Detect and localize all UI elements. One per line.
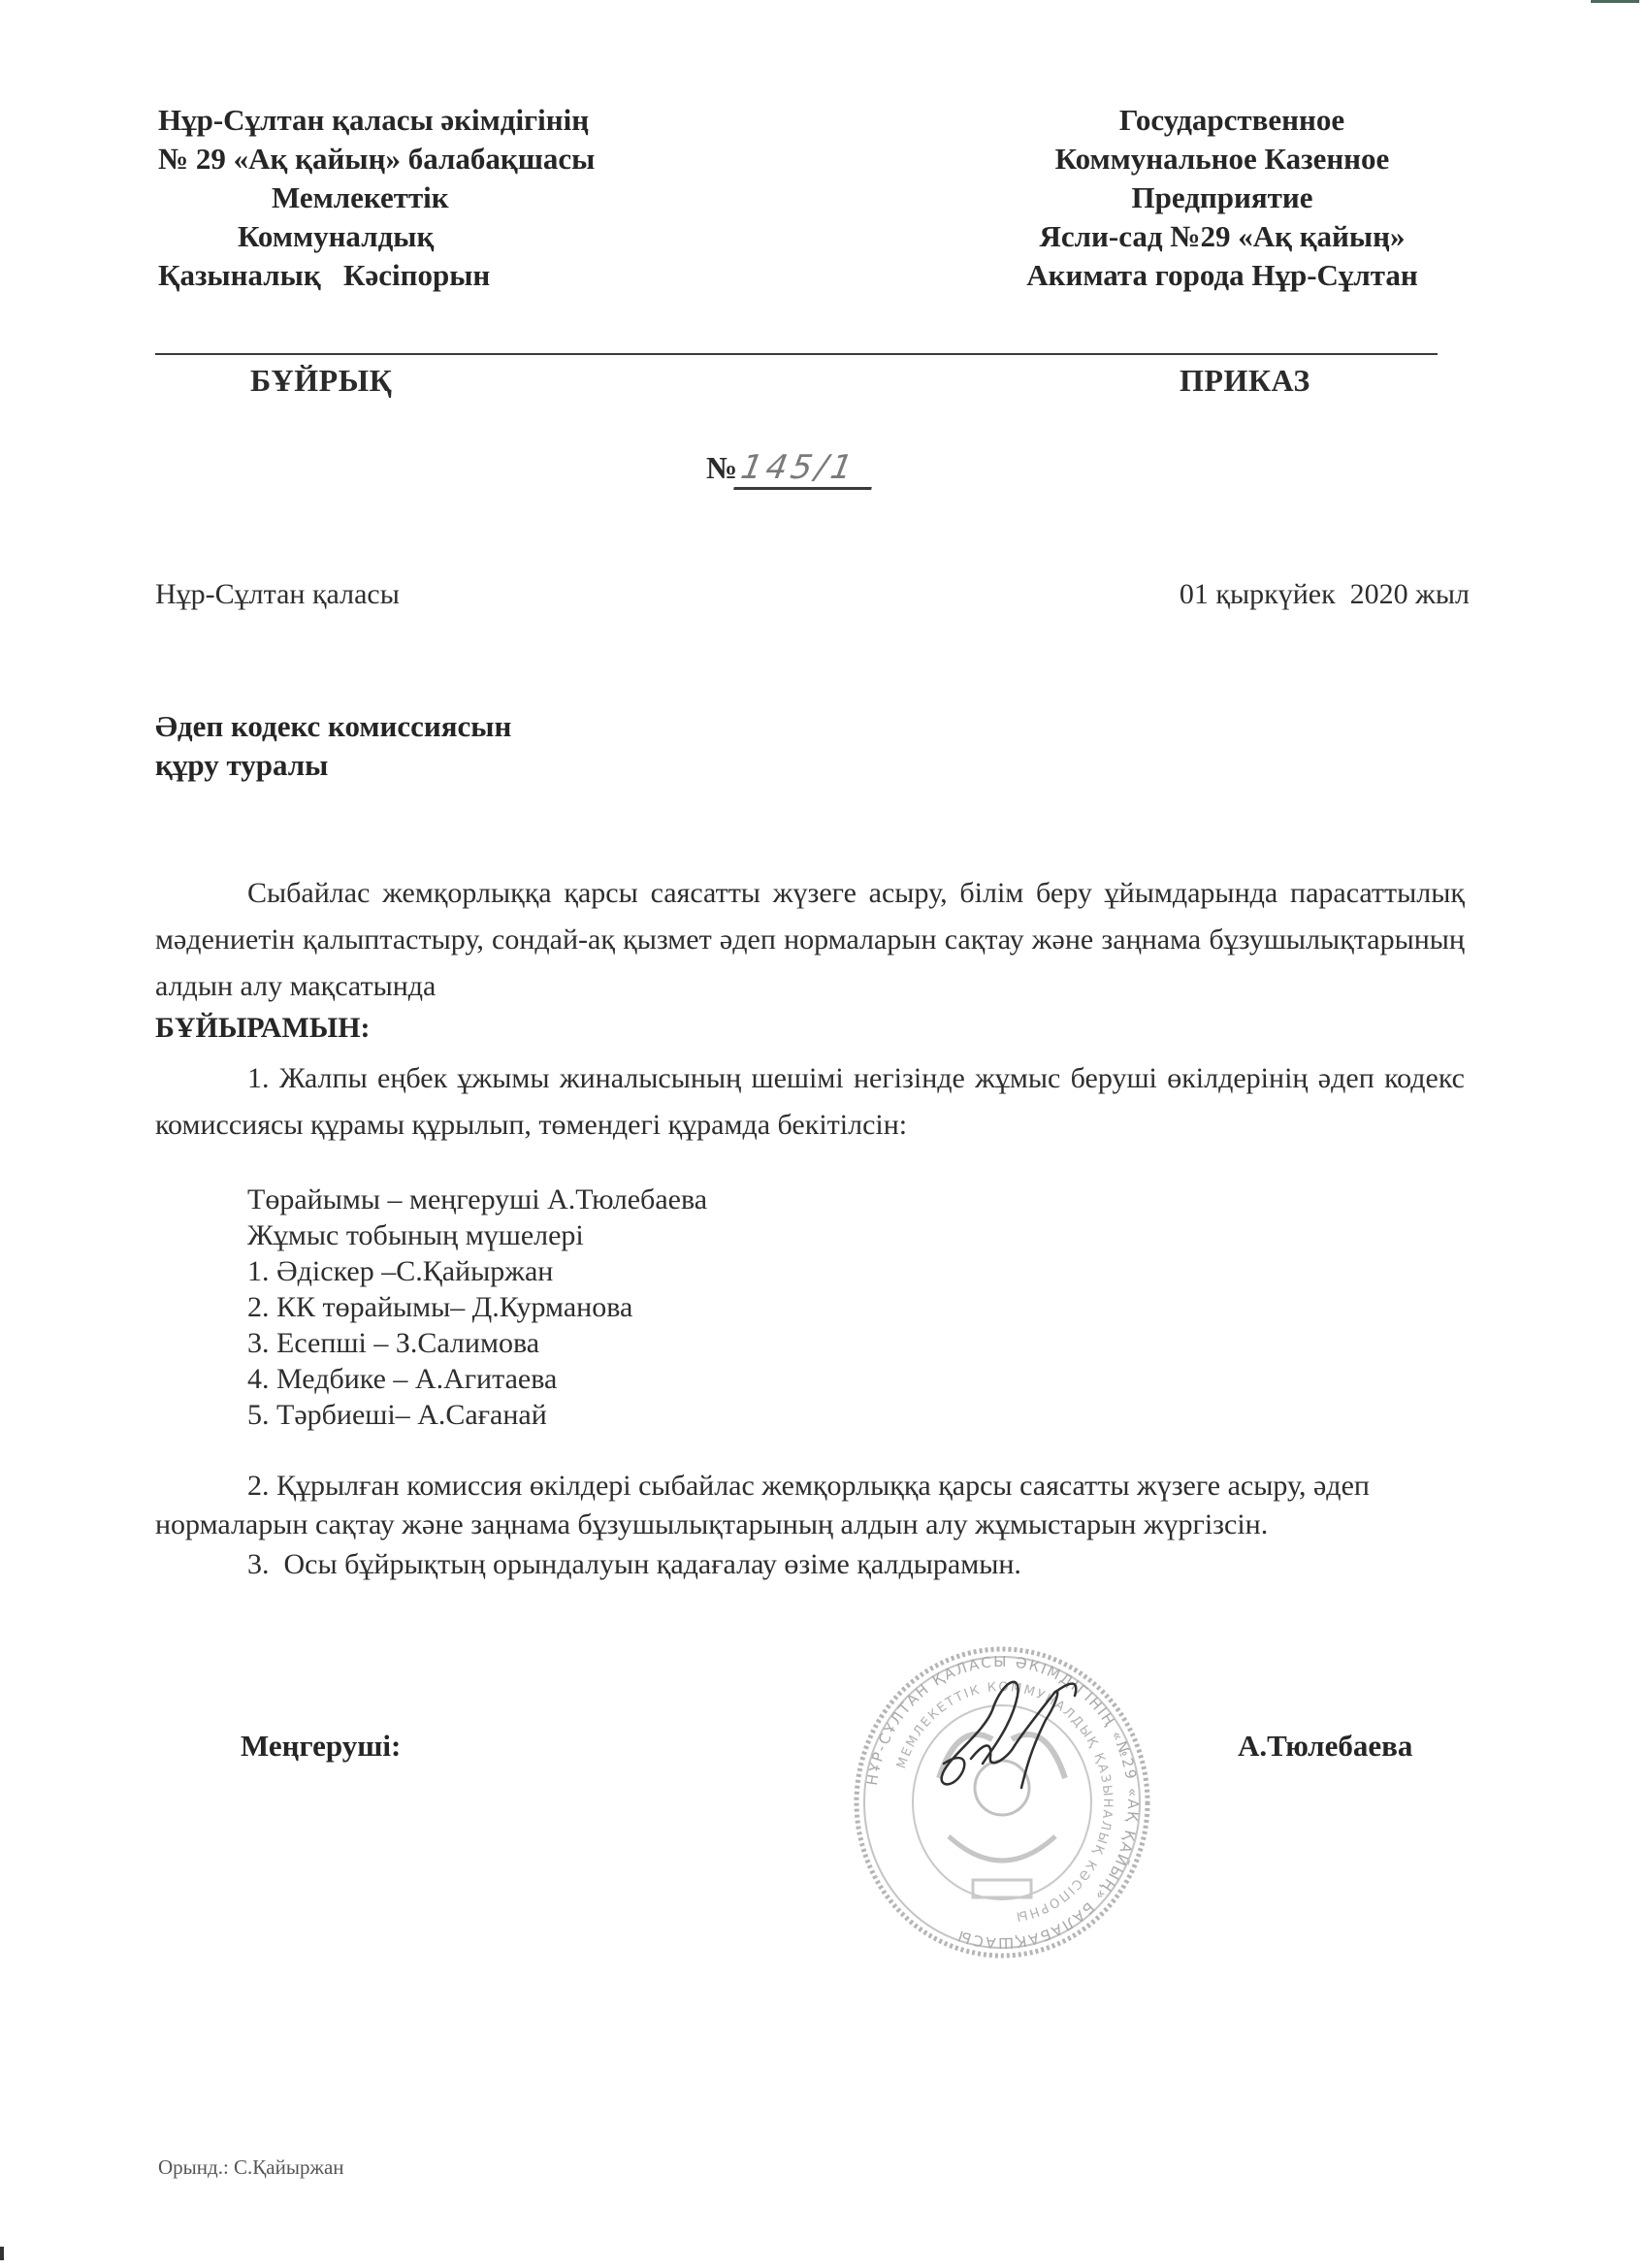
member-item: 1. Әдіскер –С.Қайыржан: [247, 1253, 707, 1289]
signatory-name: А.Тюлебаева: [1238, 1729, 1412, 1764]
letterhead-kz-line: Нұр-Сұлтан қаласы әкімдігінің: [158, 101, 595, 140]
commission-list: Төрайымы – меңгеруші А.Тюлебаева Жұмыс т…: [247, 1182, 707, 1433]
members-title: Жұмыс тобының мүшелері: [247, 1217, 707, 1253]
order-number: №145/1: [706, 448, 875, 490]
document-title-kz: БҰЙРЫҚ: [250, 363, 392, 399]
item-1: 1. Жалпы еңбек ұжымы жиналысының шешімі …: [155, 1055, 1465, 1149]
svg-text:МЕМЛЕКЕТТІК КОММУНАЛДЫҚ ҚАЗЫНА: МЕМЛЕКЕТТІК КОММУНАЛДЫҚ ҚАЗЫНАЛЫҚ КӘСІПО…: [894, 1680, 1115, 1924]
letterhead-ru-line: Акимата города Нұр-Сұлтан: [970, 256, 1474, 295]
item-1-text: 1. Жалпы еңбек ұжымы жиналысының шешімі …: [155, 1055, 1465, 1149]
letterhead-ru-line: Государственное: [970, 101, 1474, 140]
number-sign: №: [706, 450, 737, 485]
letterhead-divider: [155, 353, 1438, 355]
subject-line: құру туралы: [155, 746, 511, 785]
letterhead-ru-line: Предприятие: [970, 178, 1474, 217]
letterhead-kz-line: № 29 «Ақ қайың» балабақшасы: [158, 140, 595, 178]
item-2-text: 2. Құрылған комиссия өкілдері сыбайлас ж…: [155, 1467, 1465, 1544]
letterhead-ru: Государственное Коммунальное Казенное Пр…: [970, 101, 1474, 295]
scan-edge-mark: [0, 2247, 4, 2260]
member-item: 2. КК төрайымы– Д.Курманова: [247, 1289, 707, 1325]
stamp-seal-icon: НҰР-СҰЛТАН ҚАЛАСЫ ӘКІМДІГІНІҢ «№29 «АҚ Қ…: [847, 1642, 1157, 1962]
document-title-ru: ПРИКАЗ: [1180, 363, 1310, 399]
letterhead-kz: Нұр-Сұлтан қаласы әкімдігінің № 29 «Ақ қ…: [158, 101, 595, 295]
item-3-text: 3. Осы бұйрықтың орындалуын қадағалау өз…: [155, 1546, 1465, 1582]
letterhead-kz-line: Қазыналық Кәсіпорын: [158, 256, 595, 295]
member-item: 3. Есепші – З.Салимова: [247, 1325, 707, 1361]
city: Нұр-Сұлтан қаласы: [155, 578, 400, 611]
scan-corner-mark: [1591, 0, 1639, 3]
items-2-3: 2. Құрылған комиссия өкілдері сыбайлас ж…: [155, 1467, 1465, 1582]
executor-note: Орынд.: С.Қайыржан: [158, 2155, 344, 2180]
preamble: Сыбайлас жемқорлыққа қарсы саясатты жүзе…: [155, 870, 1465, 1047]
member-item: 4. Медбике – А.Агитаева: [247, 1361, 707, 1397]
letterhead-kz-line: Коммуналдық: [158, 217, 595, 256]
official-stamp: НҰР-СҰЛТАН ҚАЛАСЫ ӘКІМДІГІНІҢ «№29 «АҚ Қ…: [847, 1642, 1157, 1962]
letterhead-ru-line: Ясли-сад №29 «Ақ қайың»: [970, 217, 1474, 256]
preamble-text: Сыбайлас жемқорлыққа қарсы саясатты жүзе…: [155, 870, 1465, 1010]
order-word: БҰЙЫРАМЫН:: [155, 1010, 1465, 1047]
signatory-position: Меңгеруші:: [241, 1729, 401, 1764]
subject-line: Әдеп кодекс комиссиясын: [155, 707, 511, 746]
commission-chair: Төрайымы – меңгеруші А.Тюлебаева: [247, 1182, 707, 1217]
document-date: 01 қыркүйек 2020 жыл: [1180, 578, 1470, 611]
letterhead-ru-line: Коммунальное Казенное: [970, 140, 1474, 178]
letterhead-kz-line: Мемлекеттік: [158, 178, 595, 217]
member-item: 5. Тәрбиеші– А.Сағанай: [247, 1397, 707, 1433]
handwritten-order-number: 145/1: [733, 448, 879, 490]
document-subject: Әдеп кодекс комиссиясын құру туралы: [155, 707, 511, 785]
